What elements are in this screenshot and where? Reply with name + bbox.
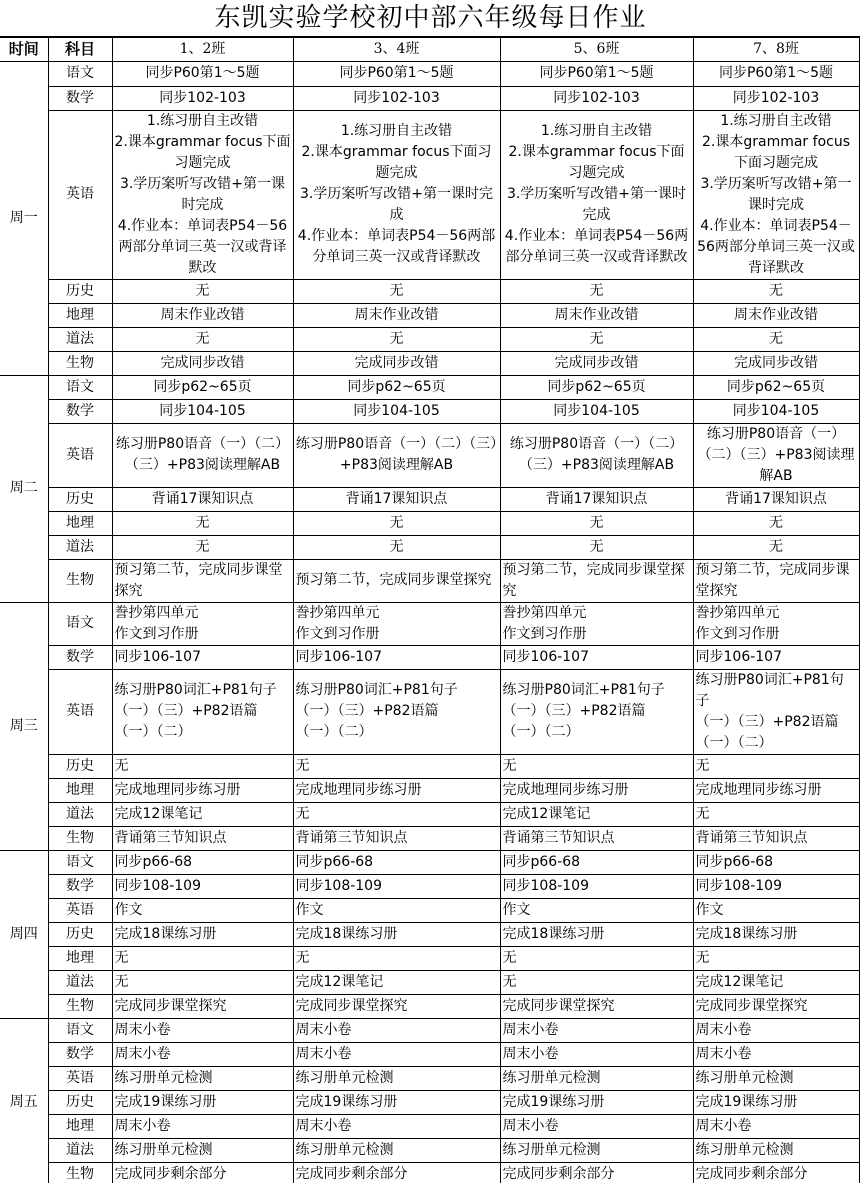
homework-cell: 同步106-107 [112,645,293,669]
homework-cell: 同步102-103 [693,86,859,110]
homework-cell: 预习第二节，完成同步课堂探究 [500,559,693,602]
table-row: 道法无无无无 [0,535,859,559]
homework-cell: 无 [693,279,859,303]
day-label: 周三 [0,602,48,850]
homework-cell: 周末作业改错 [693,303,859,327]
subject-label: 生物 [48,1162,112,1183]
subject-label: 英语 [48,110,112,279]
homework-cell: 无 [293,279,500,303]
homework-cell: 1.练习册自主改错 2.课本grammar focus下面习题完成 3.学历案听… [693,110,859,279]
day-label: 周二 [0,375,48,602]
page-title: 东凯实验学校初中部六年级每日作业 [0,0,861,36]
homework-cell: 无 [693,511,859,535]
subject-label: 地理 [48,511,112,535]
homework-cell: 完成地理同步练习册 [500,778,693,802]
homework-cell: 同步p62~65页 [693,375,859,399]
homework-cell: 无 [293,327,500,351]
homework-cell: 无 [112,946,293,970]
homework-cell: 同步p66-68 [500,850,693,874]
homework-cell: 作文 [112,898,293,922]
table-body: 周一语文同步P60第1～5题同步P60第1～5题同步P60第1～5题同步P60第… [0,61,859,1183]
homework-cell: 练习册单元检测 [500,1066,693,1090]
homework-cell: 周末小卷 [693,1114,859,1138]
homework-cell: 同步P60第1～5题 [112,61,293,86]
homework-cell: 作文 [500,898,693,922]
homework-cell: 同步102-103 [293,86,500,110]
subject-label: 语文 [48,1018,112,1042]
homework-cell: 无 [500,279,693,303]
homework-cell: 无 [500,754,693,778]
subject-label: 语文 [48,850,112,874]
homework-cell: 同步p66-68 [693,850,859,874]
homework-cell: 练习册P80词汇+P81句子 （一）（三）+P82语篇 （一）（二） [693,669,859,754]
table-row: 周四语文同步p66-68同步p66-68同步p66-68同步p66-68 [0,850,859,874]
homework-cell: 无 [500,511,693,535]
homework-cell: 同步P60第1～5题 [500,61,693,86]
homework-cell: 同步104-105 [500,399,693,423]
table-row: 英语作文作文作文作文 [0,898,859,922]
homework-cell: 完成地理同步练习册 [293,778,500,802]
homework-cell: 完成19课练习册 [293,1090,500,1114]
homework-cell: 誊抄第四单元 作文到习作册 [693,602,859,645]
homework-cell: 同步108-109 [693,874,859,898]
homework-cell: 完成同步剩余部分 [500,1162,693,1183]
homework-cell: 完成12课笔记 [693,970,859,994]
subject-label: 数学 [48,399,112,423]
subject-label: 历史 [48,754,112,778]
header-subject: 科目 [48,37,112,61]
homework-cell: 无 [112,754,293,778]
homework-cell: 练习册P80语音（一）（二）（三）+P83阅读理解AB [293,423,500,487]
homework-cell: 完成同步课堂探究 [112,994,293,1018]
homework-cell: 周末小卷 [112,1114,293,1138]
homework-cell: 无 [693,802,859,826]
day-label: 周五 [0,1018,48,1183]
subject-label: 数学 [48,1042,112,1066]
homework-cell: 练习册P80词汇+P81句子 （一）（三）+P82语篇 （一）（二） [500,669,693,754]
homework-cell: 作文 [293,898,500,922]
table-row: 道法无无无无 [0,327,859,351]
table-row: 地理周末作业改错周末作业改错周末作业改错周末作业改错 [0,303,859,327]
homework-cell: 无 [112,511,293,535]
header-class-1-2: 1、2班 [112,37,293,61]
homework-cell: 周末小卷 [693,1018,859,1042]
homework-cell: 无 [500,946,693,970]
homework-cell: 背诵第三节知识点 [500,826,693,850]
homework-cell: 同步106-107 [293,645,500,669]
homework-cell: 练习册P80语音（一）（二）（三）+P83阅读理解AB [693,423,859,487]
homework-cell: 完成同步改错 [693,351,859,375]
homework-cell: 周末小卷 [500,1114,693,1138]
homework-cell: 同步106-107 [693,645,859,669]
homework-cell: 同步102-103 [500,86,693,110]
homework-cell: 完成12课笔记 [293,970,500,994]
subject-label: 英语 [48,423,112,487]
homework-cell: 完成同步课堂探究 [500,994,693,1018]
subject-label: 道法 [48,1138,112,1162]
homework-cell: 周末小卷 [500,1042,693,1066]
homework-cell: 同步P60第1～5题 [293,61,500,86]
homework-cell: 无 [693,754,859,778]
homework-cell: 背诵17课知识点 [293,487,500,511]
subject-label: 道法 [48,535,112,559]
subject-label: 历史 [48,487,112,511]
table-row: 英语练习册P80语音（一）（二）（三）+P83阅读理解AB练习册P80语音（一）… [0,423,859,487]
homework-cell: 1.练习册自主改错 2.课本grammar focus下面习题完成 3.学历案听… [112,110,293,279]
homework-cell: 完成地理同步练习册 [693,778,859,802]
homework-cell: 无 [693,946,859,970]
homework-cell: 同步108-109 [112,874,293,898]
homework-cell: 无 [693,327,859,351]
subject-label: 语文 [48,61,112,86]
subject-label: 道法 [48,327,112,351]
homework-cell: 周末小卷 [500,1018,693,1042]
table-row: 周三语文誊抄第四单元 作文到习作册誊抄第四单元 作文到习作册誊抄第四单元 作文到… [0,602,859,645]
homework-cell: 练习册单元检测 [293,1066,500,1090]
homework-cell: 同步P60第1～5题 [693,61,859,86]
day-label: 周一 [0,61,48,375]
homework-cell: 周末小卷 [112,1018,293,1042]
homework-cell: 完成同步剩余部分 [693,1162,859,1183]
subject-label: 英语 [48,1066,112,1090]
homework-cell: 无 [293,946,500,970]
table-row: 地理周末小卷周末小卷周末小卷周末小卷 [0,1114,859,1138]
homework-cell: 预习第二节，完成同步课堂探究 [693,559,859,602]
table-row: 周二语文同步p62~65页同步p62~65页同步p62~65页同步p62~65页 [0,375,859,399]
homework-cell: 完成12课笔记 [112,802,293,826]
homework-cell: 无 [500,535,693,559]
subject-label: 历史 [48,922,112,946]
table-row: 数学周末小卷周末小卷周末小卷周末小卷 [0,1042,859,1066]
homework-cell: 背诵17课知识点 [112,487,293,511]
homework-cell: 完成同步改错 [293,351,500,375]
table-row: 地理完成地理同步练习册完成地理同步练习册完成地理同步练习册完成地理同步练习册 [0,778,859,802]
homework-cell: 完成18课练习册 [112,922,293,946]
homework-cell: 练习册单元检测 [500,1138,693,1162]
homework-cell: 誊抄第四单元 作文到习作册 [112,602,293,645]
homework-cell: 背诵第三节知识点 [112,826,293,850]
table-row: 英语练习册单元检测练习册单元检测练习册单元检测练习册单元检测 [0,1066,859,1090]
homework-cell: 周末作业改错 [293,303,500,327]
table-row: 数学同步106-107同步106-107同步106-107同步106-107 [0,645,859,669]
homework-cell: 练习册P80语音（一）（二）（三）+P83阅读理解AB [500,423,693,487]
table-row: 历史完成19课练习册完成19课练习册完成19课练习册完成19课练习册 [0,1090,859,1114]
header-class-5-6: 5、6班 [500,37,693,61]
table-row: 生物完成同步剩余部分完成同步剩余部分完成同步剩余部分完成同步剩余部分 [0,1162,859,1183]
table-row: 道法练习册单元检测练习册单元检测练习册单元检测练习册单元检测 [0,1138,859,1162]
homework-cell: 作文 [693,898,859,922]
homework-cell: 完成18课练习册 [500,922,693,946]
homework-cell: 完成19课练习册 [112,1090,293,1114]
subject-label: 生物 [48,994,112,1018]
subject-label: 数学 [48,86,112,110]
header-time: 时间 [0,37,48,61]
homework-cell: 无 [693,535,859,559]
subject-label: 地理 [48,778,112,802]
header-class-7-8: 7、8班 [693,37,859,61]
homework-cell: 无 [293,754,500,778]
table-row: 英语1.练习册自主改错 2.课本grammar focus下面习题完成 3.学历… [0,110,859,279]
header-class-3-4: 3、4班 [293,37,500,61]
subject-label: 数学 [48,645,112,669]
homework-cell: 完成12课笔记 [500,802,693,826]
homework-cell: 背诵第三节知识点 [693,826,859,850]
homework-cell: 无 [293,802,500,826]
subject-label: 道法 [48,970,112,994]
homework-cell: 完成同步改错 [112,351,293,375]
header-row: 时间 科目 1、2班 3、4班 5、6班 7、8班 [0,37,859,61]
subject-label: 数学 [48,874,112,898]
homework-cell: 练习册P80词汇+P81句子 （一）（三）+P82语篇 （一）（二） [112,669,293,754]
table-row: 数学同步102-103同步102-103同步102-103同步102-103 [0,86,859,110]
homework-cell: 完成19课练习册 [693,1090,859,1114]
table-row: 道法无完成12课笔记无完成12课笔记 [0,970,859,994]
subject-label: 语文 [48,375,112,399]
subject-label: 英语 [48,898,112,922]
table-row: 道法完成12课笔记无完成12课笔记无 [0,802,859,826]
homework-cell: 完成同步课堂探究 [293,994,500,1018]
subject-label: 道法 [48,802,112,826]
subject-label: 英语 [48,669,112,754]
subject-label: 地理 [48,303,112,327]
homework-cell: 1.练习册自主改错 2.课本grammar focus下面习题完成 3.学历案听… [293,110,500,279]
table-row: 历史无无无无 [0,754,859,778]
homework-cell: 周末小卷 [293,1114,500,1138]
homework-cell: 无 [293,511,500,535]
homework-cell: 完成地理同步练习册 [112,778,293,802]
homework-cell: 完成同步剩余部分 [112,1162,293,1183]
homework-cell: 练习册单元检测 [693,1066,859,1090]
subject-label: 地理 [48,946,112,970]
homework-cell: 无 [500,327,693,351]
homework-cell: 练习册单元检测 [112,1138,293,1162]
homework-cell: 无 [112,970,293,994]
homework-table: 时间 科目 1、2班 3、4班 5、6班 7、8班 周一语文同步P60第1～5题… [0,36,860,1183]
homework-cell: 完成同步剩余部分 [293,1162,500,1183]
homework-cell: 同步p66-68 [112,850,293,874]
table-row: 历史背诵17课知识点背诵17课知识点背诵17课知识点背诵17课知识点 [0,487,859,511]
homework-cell: 无 [112,535,293,559]
subject-label: 历史 [48,279,112,303]
homework-cell: 同步106-107 [500,645,693,669]
day-label: 周四 [0,850,48,1018]
homework-cell: 周末小卷 [293,1018,500,1042]
homework-cell: 练习册P80语音（一）（二）（三）+P83阅读理解AB [112,423,293,487]
homework-cell: 无 [112,327,293,351]
table-row: 英语练习册P80词汇+P81句子 （一）（三）+P82语篇 （一）（二）练习册P… [0,669,859,754]
subject-label: 生物 [48,826,112,850]
homework-cell: 练习册P80词汇+P81句子 （一）（三）+P82语篇 （一）（二） [293,669,500,754]
homework-cell: 同步104-105 [293,399,500,423]
homework-cell: 周末小卷 [293,1042,500,1066]
subject-label: 生物 [48,351,112,375]
homework-cell: 同步p62~65页 [293,375,500,399]
homework-cell: 练习册单元检测 [693,1138,859,1162]
homework-cell: 誊抄第四单元 作文到习作册 [293,602,500,645]
homework-cell: 背诵17课知识点 [500,487,693,511]
table-row: 数学同步104-105同步104-105同步104-105同步104-105 [0,399,859,423]
homework-cell: 无 [293,535,500,559]
homework-cell: 1.练习册自主改错 2.课本grammar focus下面习题完成 3.学历案听… [500,110,693,279]
table-row: 地理无无无无 [0,511,859,535]
homework-cell: 练习册单元检测 [293,1138,500,1162]
table-row: 周一语文同步P60第1～5题同步P60第1～5题同步P60第1～5题同步P60第… [0,61,859,86]
homework-cell: 同步108-109 [293,874,500,898]
homework-cell: 背诵17课知识点 [693,487,859,511]
subject-label: 地理 [48,1114,112,1138]
table-row: 生物预习第二节，完成同步课堂探究预习第二节，完成同步课堂探究预习第二节，完成同步… [0,559,859,602]
table-row: 数学同步108-109同步108-109同步108-109同步108-109 [0,874,859,898]
homework-cell: 预习第二节，完成同步课堂探究 [112,559,293,602]
homework-cell: 背诵第三节知识点 [293,826,500,850]
homework-cell: 同步102-103 [112,86,293,110]
subject-label: 生物 [48,559,112,602]
homework-cell: 周末作业改错 [112,303,293,327]
homework-cell: 同步104-105 [693,399,859,423]
table-row: 历史无无无无 [0,279,859,303]
homework-cell: 完成18课练习册 [693,922,859,946]
homework-cell: 同步108-109 [500,874,693,898]
homework-cell: 周末小卷 [693,1042,859,1066]
homework-cell: 周末作业改错 [500,303,693,327]
homework-cell: 练习册单元检测 [112,1066,293,1090]
table-row: 地理无无无无 [0,946,859,970]
subject-label: 历史 [48,1090,112,1114]
table-row: 生物完成同步改错完成同步改错完成同步改错完成同步改错 [0,351,859,375]
homework-cell: 同步104-105 [112,399,293,423]
homework-cell: 同步p62~65页 [112,375,293,399]
homework-cell: 完成同步改错 [500,351,693,375]
homework-cell: 无 [112,279,293,303]
homework-cell: 同步p66-68 [293,850,500,874]
homework-cell: 无 [500,970,693,994]
homework-cell: 誊抄第四单元 作文到习作册 [500,602,693,645]
homework-cell: 预习第二节，完成同步课堂探究 [293,559,500,602]
table-row: 生物背诵第三节知识点背诵第三节知识点背诵第三节知识点背诵第三节知识点 [0,826,859,850]
homework-cell: 周末小卷 [112,1042,293,1066]
homework-cell: 完成19课练习册 [500,1090,693,1114]
table-row: 周五语文周末小卷周末小卷周末小卷周末小卷 [0,1018,859,1042]
homework-cell: 完成18课练习册 [293,922,500,946]
homework-cell: 同步p62~65页 [500,375,693,399]
subject-label: 语文 [48,602,112,645]
table-row: 生物完成同步课堂探究完成同步课堂探究完成同步课堂探究完成同步课堂探究 [0,994,859,1018]
table-row: 历史完成18课练习册完成18课练习册完成18课练习册完成18课练习册 [0,922,859,946]
homework-cell: 完成同步课堂探究 [693,994,859,1018]
